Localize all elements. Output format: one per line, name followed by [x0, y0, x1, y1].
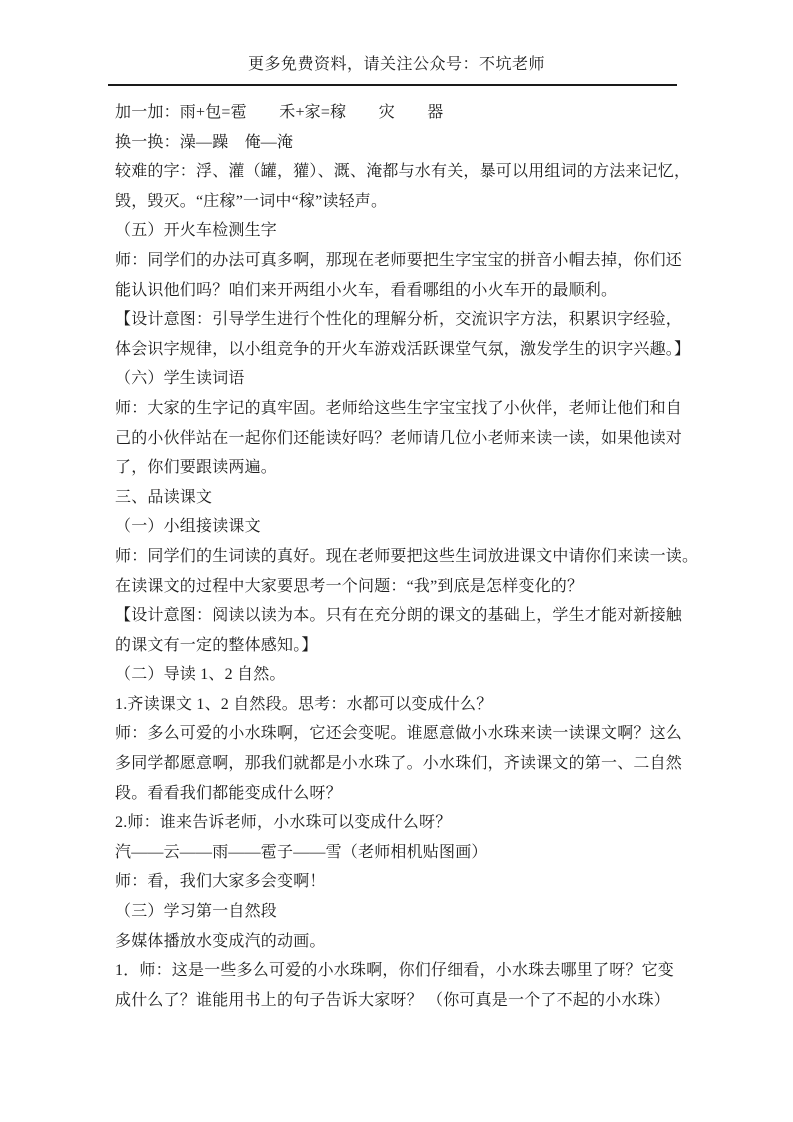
text-line: 体会识字规律，以小组竞争的开火车游戏活跃课堂气氛，激发学生的识字兴趣。】: [115, 335, 755, 365]
text-line: （六）学生读词语: [115, 364, 755, 394]
text-line: 师：同学们的生词读的真好。现在老师要把这些生词放进课文中请你们来读一读。: [115, 542, 755, 572]
text-line: 师：看，我们大家多会变啊！: [115, 867, 755, 897]
document-body: 加一加：雨+包=雹 禾+家=稼 灾 器换一换：澡—躁 俺—淹较难的字：浮、灌（罐…: [115, 98, 755, 1015]
text-line: 【设计意图：阅读以读为本。只有在充分朗的课文的基础上，学生才能对新接触: [115, 601, 755, 631]
text-line: 2.师：谁来告诉老师，小水珠可以变成什么呀？: [115, 808, 755, 838]
text-line: 多同学都愿意啊，那我们就都是小水珠了。小水珠们，齐读课文的第一、二自然: [115, 749, 755, 779]
text-line: 换一换：澡—躁 俺—淹: [115, 128, 755, 158]
text-line: 师：大家的生字记的真牢固。老师给这些生字宝宝找了小伙伴，老师让他们和自: [115, 394, 755, 424]
text-line: （一）小组接读课文: [115, 512, 755, 542]
text-line: 在读课文的过程中大家要思考一个问题：“我”到底是怎样变化的？: [115, 572, 755, 602]
text-line: 段。看看我们都能变成什么呀？: [115, 779, 755, 809]
text-line: 成什么了？谁能用书上的句子告诉大家呀？ （你可真是一个了不起的小水珠）: [115, 986, 755, 1016]
text-line: 加一加：雨+包=雹 禾+家=稼 灾 器: [115, 98, 755, 128]
text-line: 毁，毁灭。“庄稼”一词中“稼”读轻声。: [115, 187, 755, 217]
text-line: 了，你们要跟读两遍。: [115, 453, 755, 483]
text-line: 1.齐读课文 1、2 自然段。思考：水都可以变成什么？: [115, 690, 755, 720]
text-line: 师：同学们的办法可真多啊，那现在老师要把生字宝宝的拼音小帽去掉，你们还: [115, 246, 755, 276]
header-divider: [108, 84, 677, 86]
text-line: 较难的字：浮、灌（罐，獾）、溉、淹都与水有关，暴可以用组词的方法来记忆，: [115, 157, 755, 187]
header-promo-text: 更多免费资料，请关注公众号：不坑老师: [0, 54, 793, 76]
text-line: （二）导读 1、2 自然。: [115, 660, 755, 690]
text-line: （五）开火车检测生字: [115, 216, 755, 246]
text-line: 三、品读课文: [115, 483, 755, 513]
text-line: 多媒体播放水变成汽的动画。: [115, 927, 755, 957]
text-line: 汽——云——雨——雹子——雪（老师相机贴图画）: [115, 838, 755, 868]
text-line: 【设计意图：引导学生进行个性化的理解分析，交流识字方法，积累识字经验，: [115, 305, 755, 335]
text-line: （三）学习第一自然段: [115, 897, 755, 927]
text-line: 1．师：这是一些多么可爱的小水珠啊，你们仔细看，小水珠去哪里了呀？它变: [115, 956, 755, 986]
text-line: 师：多么可爱的小水珠啊，它还会变呢。谁愿意做小水珠来读一读课文啊？这么: [115, 719, 755, 749]
text-line: 的课文有一定的整体感知。】: [115, 631, 755, 661]
text-line: 己的小伙伴站在一起你们还能读好吗？老师请几位小老师来读一读，如果他读对: [115, 424, 755, 454]
text-line: 能认识他们吗？咱们来开两组小火车，看看哪组的小火车开的最顺利。: [115, 276, 755, 306]
document-page: 更多免费资料，请关注公众号：不坑老师 加一加：雨+包=雹 禾+家=稼 灾 器换一…: [0, 0, 793, 1122]
